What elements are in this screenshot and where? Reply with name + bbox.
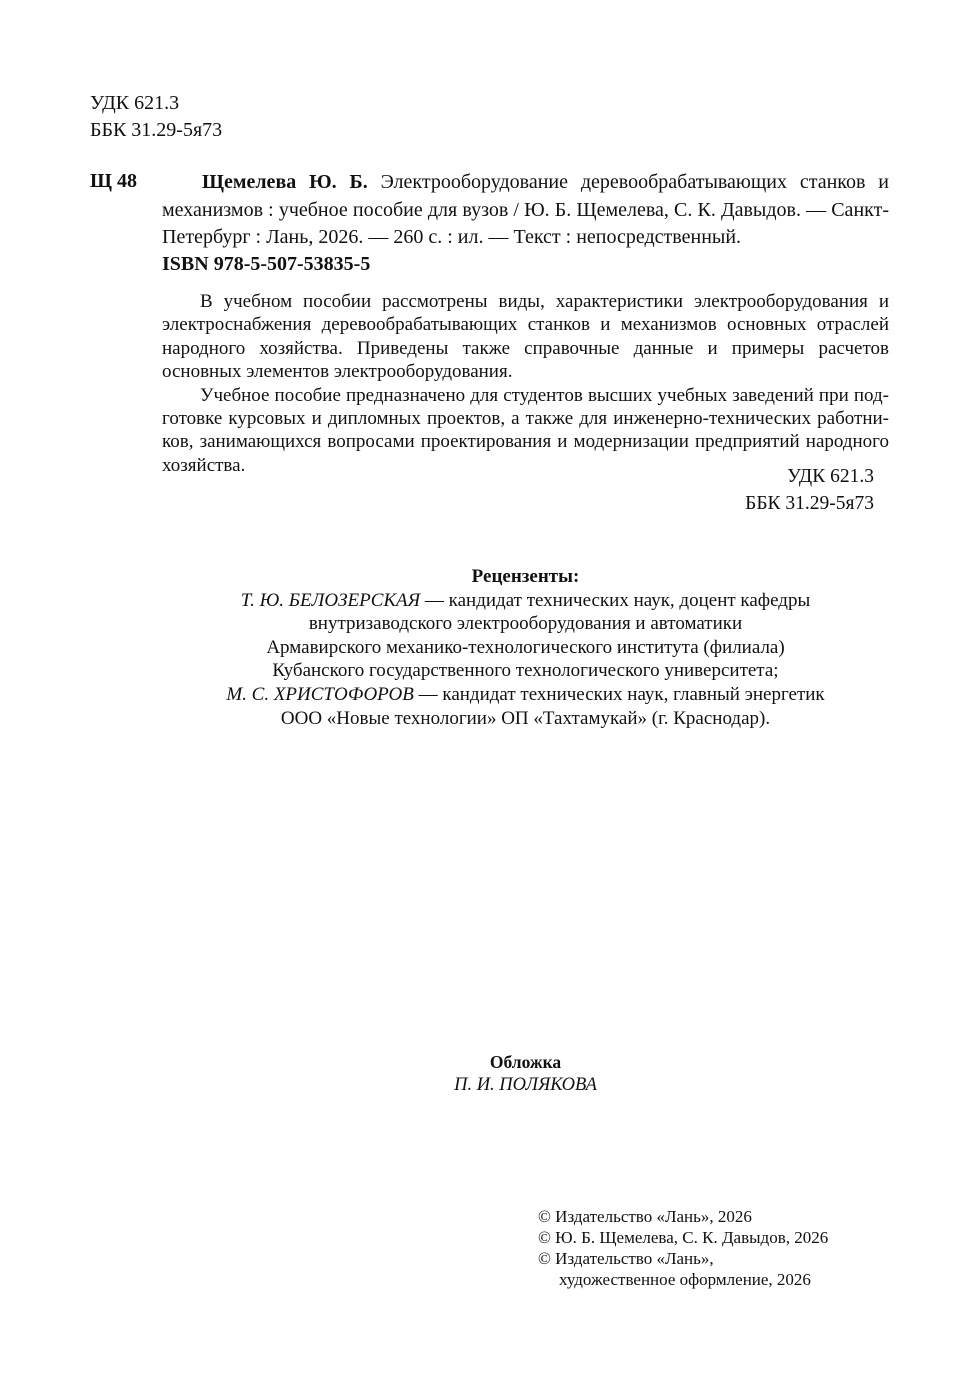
classification-codes-right: УДК 621.3 ББК 31.29-5я73 bbox=[162, 463, 874, 517]
reviewer-line: Т. Ю. БЕЛОЗЕРСКАЯ — кандидат технических… bbox=[162, 589, 889, 613]
cover-designer: П. И. ПОЛЯКОВА bbox=[162, 1074, 889, 1097]
reviewers-heading: Рецензенты: bbox=[162, 565, 889, 589]
reviewer-name: М. С. ХРИСТОФОРОВ bbox=[226, 684, 414, 705]
reviewer-line: Кубанского государственного технологичес… bbox=[162, 659, 889, 683]
book-citation: Щемелева Ю. Б. Электрооборудование дерев… bbox=[162, 169, 889, 252]
copyright-line: © Ю. Б. Щемелева, С. К. Давыдов, 2026 bbox=[538, 1227, 828, 1248]
udc-code: УДК 621.3 bbox=[90, 90, 222, 117]
reviewer-text: ООО «Новые технологии» ОП «Тахтамукай» (… bbox=[281, 708, 770, 729]
reviewer-line: внутризаводского электрооборудования и а… bbox=[162, 612, 889, 636]
isbn: ISBN 978-5-507-53835-5 bbox=[162, 253, 370, 276]
udc-code-right: УДК 621.3 bbox=[162, 463, 874, 490]
reviewer-text: Кубанского государственного технологичес… bbox=[272, 660, 778, 681]
reviewer-line: ООО «Новые технологии» ОП «Тахтамукай» (… bbox=[162, 707, 889, 731]
annotation-paragraph: В учебном пособии рассмотрены виды, хара… bbox=[162, 290, 889, 384]
copyright-line: © Издательство «Лань», bbox=[538, 1248, 828, 1269]
copyright-block: © Издательство «Лань», 2026 © Ю. Б. Щеме… bbox=[538, 1206, 828, 1290]
cover-heading: Обложка bbox=[162, 1051, 889, 1074]
reviewer-line: Армавирского механико-технологического и… bbox=[162, 636, 889, 660]
classification-codes-top: УДК 621.3 ББК 31.29-5я73 bbox=[90, 90, 222, 144]
copyright-line: © Издательство «Лань», 2026 bbox=[538, 1206, 828, 1227]
bbk-code: ББК 31.29-5я73 bbox=[90, 117, 222, 144]
catalog-code: Щ 48 bbox=[90, 170, 137, 193]
reviewer-text: внутризаводского электрооборудования и а… bbox=[309, 613, 742, 634]
citation-authors: Щемелева Ю. Б. bbox=[202, 171, 368, 193]
reviewers-section: Рецензенты: Т. Ю. БЕЛОЗЕРСКАЯ — кандидат… bbox=[162, 565, 889, 730]
copyright-line: художественное оформление, 2026 bbox=[538, 1269, 828, 1290]
reviewer-text: Армавирского механико-технологического и… bbox=[266, 637, 784, 658]
reviewer-text: — кандидат технических наук, доцент кафе… bbox=[420, 590, 810, 611]
annotation: В учебном пособии рассмотрены виды, хара… bbox=[162, 290, 889, 477]
reviewer-line: М. С. ХРИСТОФОРОВ — кандидат технических… bbox=[162, 683, 889, 707]
book-imprint-page: УДК 621.3 ББК 31.29-5я73 Щ 48 Щемелева Ю… bbox=[0, 0, 976, 1388]
bbk-code-right: ББК 31.29-5я73 bbox=[162, 490, 874, 517]
cover-credit: Обложка П. И. ПОЛЯКОВА bbox=[162, 1051, 889, 1096]
reviewer-text: — кандидат технических наук, главный эне… bbox=[414, 684, 825, 705]
reviewer-name: Т. Ю. БЕЛОЗЕРСКАЯ bbox=[241, 590, 420, 611]
